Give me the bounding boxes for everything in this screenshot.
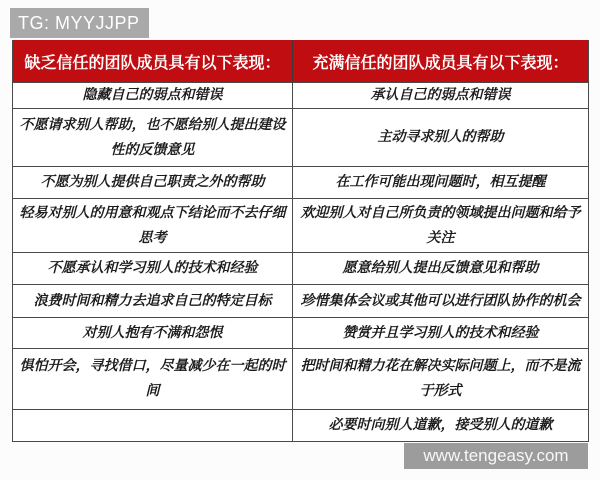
lack-trust-row-8: 惧怕开会，寻找借口，尽量减少在一起的时间 — [13, 349, 293, 410]
lack-trust-row-6: 浪费时间和精力去追求自己的特定目标 — [13, 285, 293, 318]
full-trust-row-7: 赞赏并且学习别人的技术和经验 — [293, 318, 588, 349]
header-full-trust: 充满信任的团队成员具有以下表现： — [293, 40, 588, 83]
lack-trust-row-5: 不愿承认和学习别人的技术和经验 — [13, 253, 293, 285]
full-trust-row-3: 在工作可能出现问题时，相互提醒 — [293, 167, 588, 199]
lack-trust-row-7: 对别人抱有不满和怨恨 — [13, 318, 293, 349]
lack-trust-row-9-empty — [13, 410, 293, 441]
full-trust-row-8: 把时间和精力花在解决实际问题上，而不是流于形式 — [293, 349, 588, 410]
full-trust-row-2: 主动寻求别人的帮助 — [293, 109, 588, 167]
header-lack-trust: 缺乏信任的团队成员具有以下表现： — [13, 40, 293, 83]
lack-trust-row-2: 不愿请求别人帮助，也不愿给别人提出建设性的反馈意见 — [13, 109, 293, 167]
lack-trust-row-3: 不愿为别人提供自己职责之外的帮助 — [13, 167, 293, 199]
lack-trust-row-4: 轻易对别人的用意和观点下结论而不去仔细思考 — [13, 199, 293, 253]
tg-banner: TG: MYYJJPP — [10, 8, 149, 38]
full-trust-row-6: 珍惜集体会议或其他可以进行团队协作的机会 — [293, 285, 588, 318]
site-watermark: www.tengeasy.com — [404, 443, 588, 469]
lack-trust-row-1: 隐藏自己的弱点和错误 — [13, 83, 293, 109]
full-trust-row-9: 必要时向别人道歉，接受别人的道歉 — [293, 410, 588, 441]
trust-comparison-table: 缺乏信任的团队成员具有以下表现： 充满信任的团队成员具有以下表现： 隐藏自己的弱… — [12, 40, 589, 442]
full-trust-row-4: 欢迎别人对自己所负责的领域提出问题和给予关注 — [293, 199, 588, 253]
full-trust-row-5: 愿意给别人提出反馈意见和帮助 — [293, 253, 588, 285]
full-trust-row-1: 承认自己的弱点和错误 — [293, 83, 588, 109]
